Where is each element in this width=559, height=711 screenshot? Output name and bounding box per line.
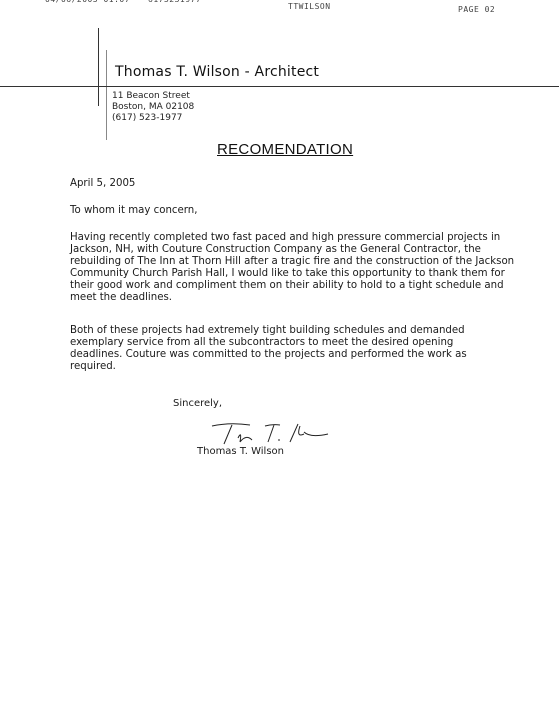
- signature-name: Thomas T. Wilson: [197, 446, 284, 457]
- letter-paragraph-2: Both of these projects had extremely tig…: [70, 325, 485, 373]
- letterhead-rule-horizontal: [0, 86, 559, 87]
- letterhead-rule-vertical-secondary: [106, 50, 107, 140]
- letter-closing: Sincerely,: [173, 398, 222, 409]
- address-phone: (617) 523-1977: [112, 113, 194, 124]
- letterhead-rule-vertical: [98, 28, 99, 106]
- fax-timestamp: 04/06/2005 01:07: [45, 0, 130, 4]
- letter-date: April 5, 2005: [70, 178, 135, 190]
- letter-paragraph-1: Having recently completed two fast paced…: [70, 232, 515, 304]
- firm-name: Thomas T. Wilson - Architect: [115, 64, 319, 80]
- letter-title: RECOMENDATION: [217, 141, 353, 158]
- fax-page-number: PAGE 02: [458, 5, 495, 14]
- letter-salutation: To whom it may concern,: [70, 205, 198, 217]
- handwritten-signature: [210, 420, 330, 448]
- fax-sender-id: TTWILSON: [288, 2, 331, 11]
- address-city: Boston, MA 02108: [112, 102, 194, 113]
- firm-address: 11 Beacon Street Boston, MA 02108 (617) …: [112, 91, 194, 124]
- address-street: 11 Beacon Street: [112, 91, 194, 102]
- fax-number: 6175231977: [148, 0, 201, 4]
